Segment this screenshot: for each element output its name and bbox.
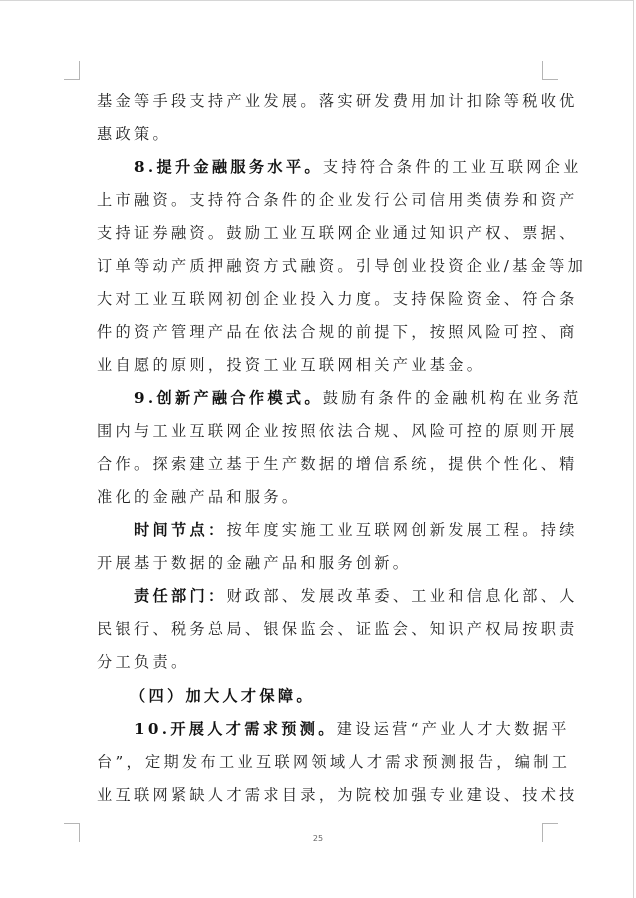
item-10-text: 建设运营“产业人才大数据平 (337, 720, 570, 738)
corner-mark-top-left (64, 61, 80, 80)
text-line: 10.开展人才需求预测。建设运营“产业人才大数据平 (97, 713, 542, 746)
text-line: 件的资产管理产品在依法合规的前提下，按照风险可控、商 (97, 316, 542, 349)
text-line: 大对工业互联网初创企业投入力度。支持保险资金、符合条 (97, 283, 542, 316)
item-9-title: 9.创新产融合作模式。 (134, 389, 323, 407)
item-9-text: 鼓励有条件的金融机构在业务范 (323, 389, 582, 407)
text-line: 围内与工业互联网企业按照依法合规、风险可控的原则开展 (97, 415, 542, 448)
paragraph-continuation: 基金等手段支持产业发展。落实研发费用加计扣除等税收优 惠政策。 (97, 85, 542, 151)
text-line: 业互联网紧缺人才需求目录，为院校加强专业建设、技术技 (97, 779, 542, 812)
text-line: 基金等手段支持产业发展。落实研发费用加计扣除等税收优 (97, 85, 542, 118)
text-line: 准化的金融产品和服务。 (97, 481, 542, 514)
text-line: 订单等动产质押融资方式融资。引导创业投资企业/基金等加 (97, 250, 542, 283)
timeline-label: 时间节点： (134, 521, 226, 539)
paragraph-item-9: 9.创新产融合作模式。鼓励有条件的金融机构在业务范 围内与工业互联网企业按照依法… (97, 382, 542, 514)
page-number: 25 (0, 834, 636, 843)
text-line: 9.创新产融合作模式。鼓励有条件的金融机构在业务范 (97, 382, 542, 415)
timeline-text: 按年度实施工业互联网创新发展工程。持续 (226, 521, 577, 539)
text-line: 支持证券融资。鼓励工业互联网企业通过知识产权、票据、 (97, 217, 542, 250)
text-line: 上市融资。支持符合条件的企业发行公司信用类债券和资产 (97, 184, 542, 217)
text-line: 合作。探索建立基于生产数据的增信系统，提供个性化、精 (97, 448, 542, 481)
item-8-title: 8.提升金融服务水平。 (134, 158, 323, 176)
corner-mark-top-right (542, 61, 558, 80)
paragraph-item-8: 8.提升金融服务水平。支持符合条件的工业互联网企业 上市融资。支持符合条件的企业… (97, 151, 542, 382)
paragraph-item-10: 10.开展人才需求预测。建设运营“产业人才大数据平 台”，定期发布工业互联网领域… (97, 713, 542, 812)
text-line: 分工负责。 (97, 646, 542, 679)
paragraph-timeline: 时间节点：按年度实施工业互联网创新发展工程。持续 开展基于数据的金融产品和服务创… (97, 514, 542, 580)
responsible-label: 责任部门： (134, 587, 226, 605)
item-10-title: 10.开展人才需求预测。 (134, 720, 337, 738)
document-page: 基金等手段支持产业发展。落实研发费用加计扣除等税收优 惠政策。 8.提升金融服务… (0, 0, 634, 898)
paragraph-responsible-departments: 责任部门：财政部、发展改革委、工业和信息化部、人 民银行、税务总局、银保监会、证… (97, 580, 542, 679)
text-line: 时间节点：按年度实施工业互联网创新发展工程。持续 (97, 514, 542, 547)
section-heading-4: （四）加大人才保障。 (97, 679, 542, 713)
responsible-text: 财政部、发展改革委、工业和信息化部、人 (226, 587, 577, 605)
text-line: 开展基于数据的金融产品和服务创新。 (97, 547, 542, 580)
text-line: 民银行、税务总局、银保监会、证监会、知识产权局按职责 (97, 613, 542, 646)
document-body: 基金等手段支持产业发展。落实研发费用加计扣除等税收优 惠政策。 8.提升金融服务… (97, 85, 542, 812)
text-line: 8.提升金融服务水平。支持符合条件的工业互联网企业 (97, 151, 542, 184)
item-8-text: 支持符合条件的工业互联网企业 (323, 158, 582, 176)
text-line: 责任部门：财政部、发展改革委、工业和信息化部、人 (97, 580, 542, 613)
text-line: 惠政策。 (97, 118, 542, 151)
text-line: 业自愿的原则，投资工业互联网相关产业基金。 (97, 349, 542, 382)
text-line: 台”，定期发布工业互联网领域人才需求预测报告，编制工 (97, 746, 542, 779)
